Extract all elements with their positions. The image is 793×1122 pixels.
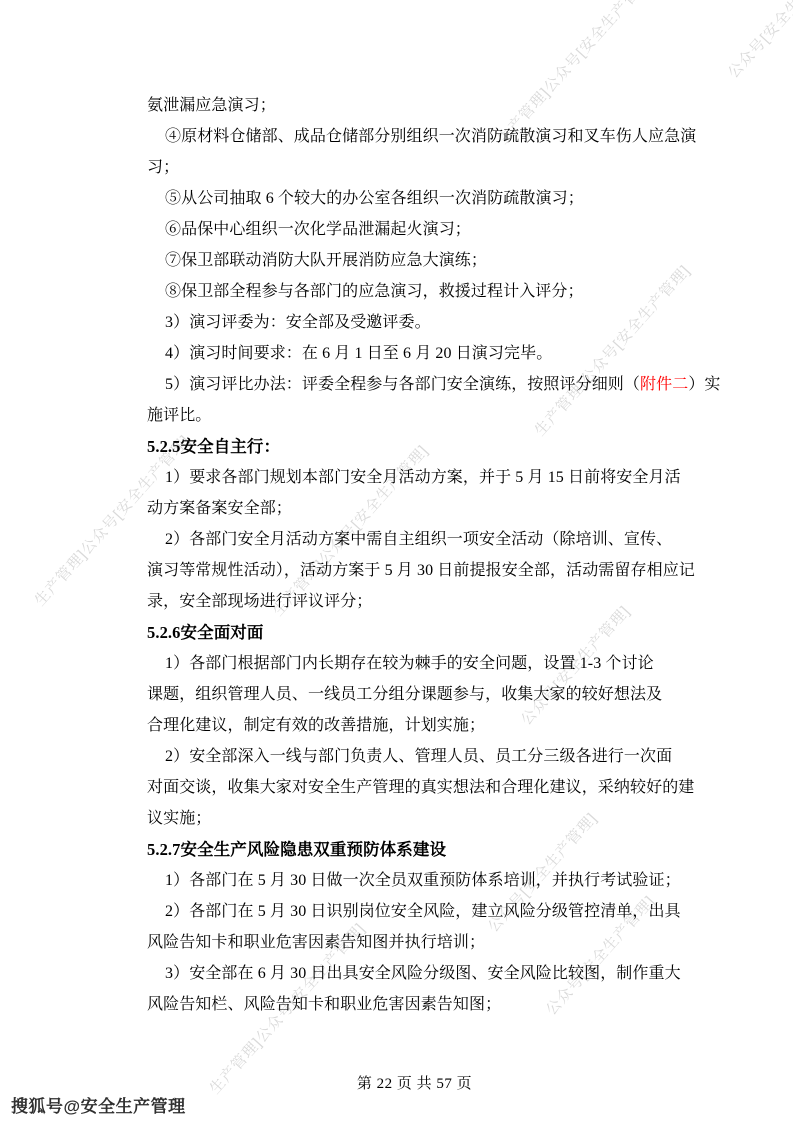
document-text-block: 氨泄漏应急演习；④原材料仓储部、成品仓储部分别组织一次消防疏散演习和叉车伤人应急…	[147, 90, 727, 1020]
text-line: ⑦保卫部联动消防大队开展消防应急大演练；	[147, 245, 727, 276]
text-line: 4）演习时间要求：在 6 月 1 日至 6 月 20 日演习完毕。	[147, 338, 727, 369]
text-line: ⑥品保中心组织一次化学品泄漏起火演习；	[147, 214, 727, 245]
watermark-text: 公众号[安全生产管理]	[723, 0, 793, 82]
text-line: 2）各部门安全月活动方案中需自主组织一项安全活动（除培训、宣传、	[147, 524, 727, 555]
text-line: 演习等常规性活动），活动方案于 5 月 30 日前提报安全部，活动需留存相应记	[147, 555, 727, 586]
section-heading: 5.2.7安全生产风险隐患双重预防体系建设	[147, 834, 727, 865]
text-line: ④原材料仓储部、成品仓储部分别组织一次消防疏散演习和叉车伤人应急演	[147, 121, 727, 152]
text-line: 1）各部门根据部门内长期存在较为棘手的安全问题，设置 1-3 个讨论	[147, 648, 727, 679]
text-line: 2）安全部深入一线与部门负责人、管理人员、员工分三级各进行一次面	[147, 741, 727, 772]
text-line: 议实施；	[147, 803, 727, 834]
attachment-ref-red: 附件二	[640, 376, 688, 393]
text-line: 施评比。	[147, 400, 727, 431]
text-line: 对面交谈，收集大家对安全生产管理的真实想法和合理化建议，采纳较好的建	[147, 772, 727, 803]
text-line: 5）演习评比办法：评委全程参与各部门安全演练，按照评分细则（附件二）实	[147, 369, 727, 400]
section-heading: 5.2.5安全自主行：	[147, 431, 727, 462]
text-line: 课题，组织管理人员、一线员工分组分课题参与，收集大家的较好想法及	[147, 679, 727, 710]
text-line: 3）演习评委为：安全部及受邀评委。	[147, 307, 727, 338]
text-line: 3）安全部在 6 月 30 日出具安全风险分级图、安全风险比较图，制作重大	[147, 958, 727, 989]
text-segment: 5）演习评比办法：评委全程参与各部门安全演练，按照评分细则（	[165, 376, 640, 393]
text-line: 风险告知卡和职业危害因素告知图并执行培训；	[147, 927, 727, 958]
text-line: 合理化建议，制定有效的改善措施，计划实施；	[147, 710, 727, 741]
text-line: 录，安全部现场进行评议评分；	[147, 586, 727, 617]
text-line: 氨泄漏应急演习；	[147, 90, 727, 121]
text-line: ⑧保卫部全程参与各部门的应急演习，救援过程计入评分；	[147, 276, 727, 307]
page-number-footer: 第 22 页 共 57 页	[18, 1072, 793, 1093]
text-line: 2）各部门在 5 月 30 日识别岗位安全风险，建立风险分级管控清单，出具	[147, 896, 727, 927]
document-page: { "watermark": { "unit": "公众号[安全生产管理]", …	[0, 0, 793, 1122]
text-line: ⑤从公司抽取 6 个较大的办公室各组织一次消防疏散演习；	[147, 183, 727, 214]
text-line: 动方案备案安全部；	[147, 493, 727, 524]
sohu-watermark-badge: 搜狐号@安全生产管理	[11, 1092, 186, 1117]
text-line: 1）要求各部门规划本部门安全月活动方案，并于 5 月 15 日前将安全月活	[147, 462, 727, 493]
text-line: 风险告知栏、风险告知卡和职业危害因素告知图；	[147, 989, 727, 1020]
text-line: 1）各部门在 5 月 30 日做一次全员双重预防体系培训，并执行考试验证；	[147, 865, 727, 896]
section-heading: 5.2.6安全面对面	[147, 617, 727, 648]
text-line: 习；	[147, 152, 727, 183]
text-segment: ）实	[688, 376, 720, 393]
